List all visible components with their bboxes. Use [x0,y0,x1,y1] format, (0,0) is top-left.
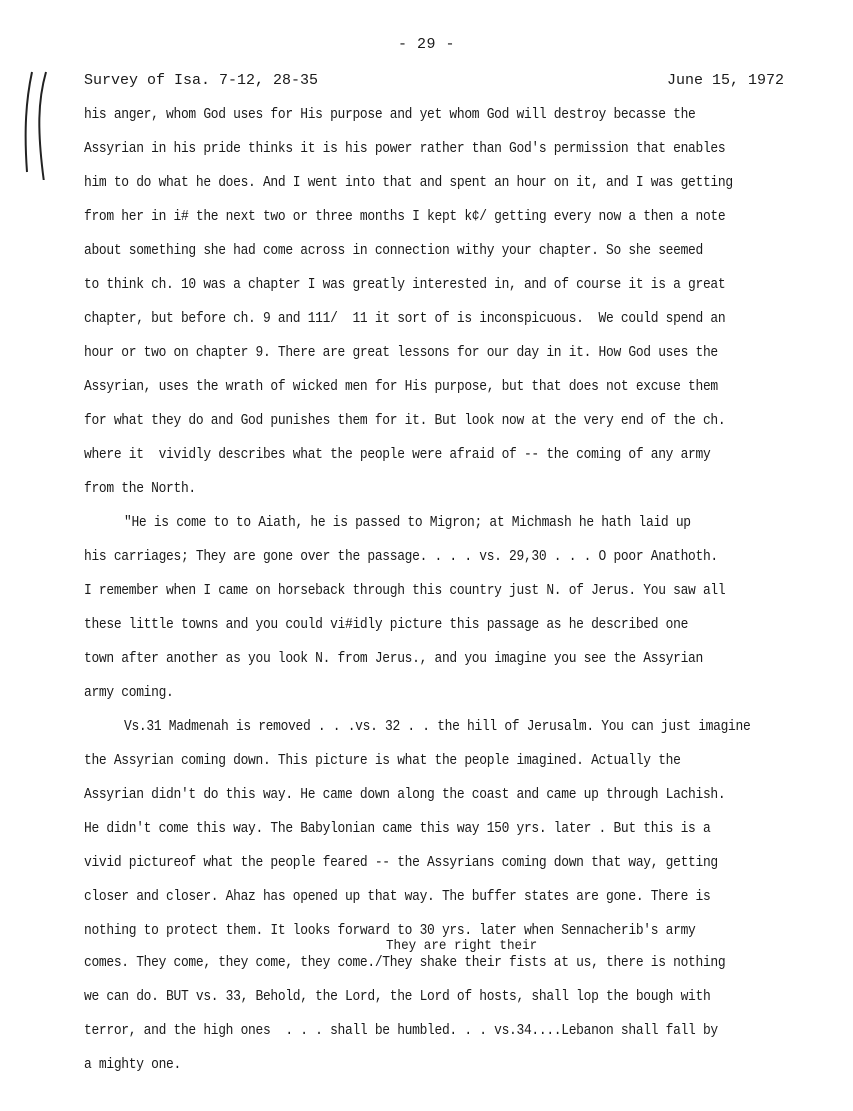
text-line: nothing to protect them. It looks forwar… [84,923,695,939]
text-line: Assyrian didn't do this way. He came dow… [84,787,725,803]
text-line: his anger, whom God uses for His purpose… [84,107,695,123]
margin-pen-marks-icon [20,70,60,180]
document-header: Survey of Isa. 7-12, 28-35 June 15, 1972 [84,72,784,89]
text-line: Assyrian, uses the wrath of wicked men f… [84,379,718,395]
text-line: "He is come to to Aiath, he is passed to… [124,515,691,531]
document-title: Survey of Isa. 7-12, 28-35 [84,72,318,89]
text-line: him to do what he does. And I went into … [84,175,733,191]
document-date: June 15, 1972 [667,72,784,89]
text-line: for what they do and God punishes them f… [84,413,725,429]
text-line: his carriages; They are gone over the pa… [84,549,718,565]
text-line: Assyrian in his pride thinks it is his p… [84,141,725,157]
text-line: vivid pictureof what the people feared -… [84,855,718,871]
text-line: to think ch. 10 was a chapter I was grea… [84,277,725,293]
page-number: - 29 - [0,36,853,53]
text-line: I remember when I came on horseback thro… [84,583,725,599]
text-line: town after another as you look N. from J… [84,651,703,667]
text-line: from her in i# the next two or three mon… [84,209,725,225]
text-line: He didn't come this way. The Babylonian … [84,821,710,837]
text-line: army coming. [84,685,173,701]
text-line: terror, and the high ones . . . shall be… [84,1023,718,1039]
text-line: from the North. [84,481,196,497]
text-line: we can do. BUT vs. 33, Behold, the Lord,… [84,989,710,1005]
text-line: the Assyrian coming down. This picture i… [84,753,681,769]
interlinear-insertion: They are right their [386,938,537,954]
text-line: where it vividly describes what the peop… [84,447,710,463]
text-line: comes. They come, they come, they come./… [84,955,725,971]
text-line: these little towns and you could vi#idly… [84,617,688,633]
text-line: Vs.31 Madmenah is removed . . .vs. 32 . … [124,719,750,735]
text-line: chapter, but before ch. 9 and 111/ 11 it… [84,311,725,327]
text-line: about something she had come across in c… [84,243,703,259]
text-line: closer and closer. Ahaz has opened up th… [84,889,710,905]
text-line: hour or two on chapter 9. There are grea… [84,345,718,361]
text-line: a mighty one. [84,1057,181,1073]
